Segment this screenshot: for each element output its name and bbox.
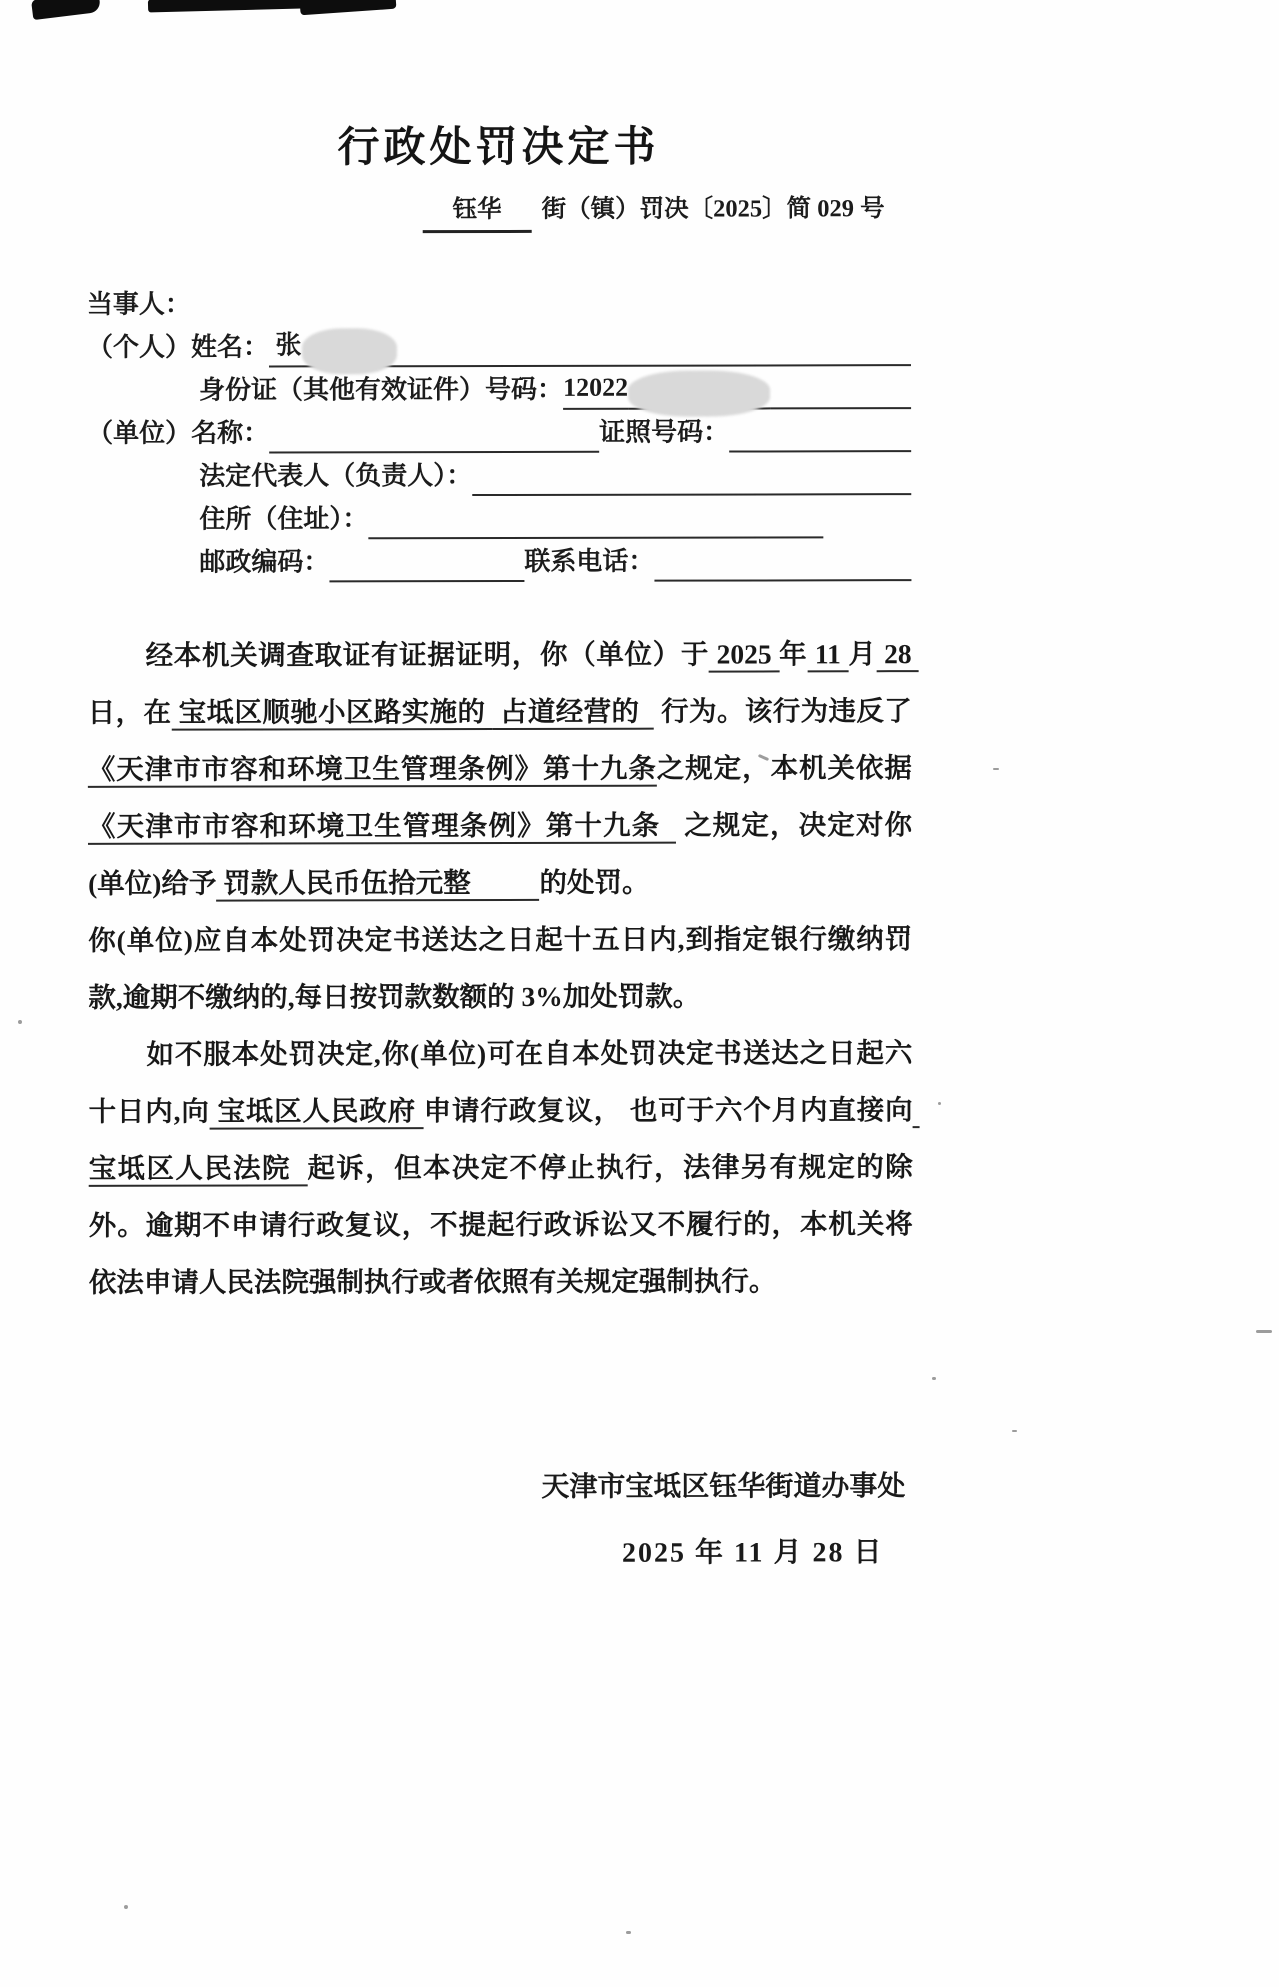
- text-run: 联系电话：: [524, 541, 654, 582]
- text-run: 之规定，本机关依据: [657, 752, 912, 784]
- text-run: （个人）姓名：: [87, 326, 269, 367]
- redaction-blur: [301, 328, 396, 367]
- text-run: 的处罚。: [539, 867, 649, 898]
- issuing-authority: 天津市宝坻区钰华街道办事处: [89, 1467, 913, 1509]
- filled-blank: 《天津市市容和环境卫生管理条例》第十九条: [88, 810, 676, 845]
- blank-field: [329, 539, 524, 582]
- document-body: 行政处罚决定书 钰华街（镇）罚决〔2025〕简 029 号 当事人：（个人）姓名…: [86, 119, 913, 1575]
- redaction-blur-blob: [628, 370, 770, 416]
- issuing-street-name: 钰华: [423, 192, 532, 233]
- filled-blank: 宝坻区人民政府: [210, 1095, 424, 1129]
- filled-blank: 《天津市市容和环境卫生管理条例》第十九条: [88, 753, 657, 788]
- blank-field: [654, 538, 911, 582]
- scan-artifact: [1012, 1430, 1017, 1432]
- scan-artifact: [626, 1931, 631, 1934]
- text-run: 行为。该行为违反了: [654, 695, 912, 727]
- individual-name-field: （个人）姓名： 张: [87, 323, 911, 368]
- document-number: 钰华街（镇）罚决〔2025〕简 029 号: [87, 191, 911, 234]
- unit-name-and-license-field: （单位）名称： 证照号码：: [87, 409, 911, 454]
- filled-blank: 宝坻区顺驰小区路实施的: [171, 696, 492, 731]
- filled-blank: 张: [269, 324, 302, 367]
- text-run: （单位）名称：: [87, 412, 269, 453]
- payment-instruction-paragraph: 你(单位)应自本处罚决定书送达之日起十五日内,到指定银行缴纳罚款,逾期不缴纳的,…: [88, 910, 912, 1026]
- party-heading: 当事人：: [87, 282, 911, 325]
- scanned-document-page: 行政处罚决定书 钰华街（镇）罚决〔2025〕简 029 号 当事人：（个人）姓名…: [0, 0, 1279, 1987]
- filled-blank: 罚款人民币伍拾元整: [216, 867, 539, 902]
- document-title: 行政处罚决定书: [86, 119, 910, 177]
- filled-blank: 12022: [563, 367, 628, 410]
- text-run: 申请行政复议， 也可于六个月内直接向: [424, 1094, 913, 1126]
- blank-field: [729, 409, 911, 452]
- party-info-block: 当事人：（个人）姓名： 张 身份证（其他有效证件）号码：12022 （单位）名称…: [87, 282, 912, 583]
- filled-blank: 2025: [709, 638, 779, 672]
- blank-field: [269, 410, 599, 454]
- scan-artifact: [18, 1020, 22, 1024]
- scan-artifact: [938, 1102, 941, 1105]
- text-run: 年: [779, 638, 807, 669]
- facts-and-penalty-paragraph: 经本机关调查取证有证据证明，你（单位）于 2025 年 11 月 28 日，在 …: [88, 625, 913, 912]
- scan-artifact: [300, 0, 397, 15]
- document-number-text: 街（镇）罚决〔2025〕简 029 号: [542, 195, 885, 223]
- text-run: 经本机关调查取证有证据证明，你（单位）于: [146, 639, 710, 671]
- filled-blank: 11: [807, 638, 848, 672]
- redaction-blur: [628, 370, 770, 409]
- blank-field: [396, 323, 911, 367]
- scan-artifact: [124, 1905, 128, 1909]
- text-run: 证照号码：: [599, 412, 729, 453]
- filled-blank: 占道经营的: [493, 696, 654, 730]
- filled-blank: 28: [877, 638, 919, 672]
- blank-field: [472, 452, 911, 496]
- text-run: 法定代表人（负责人）：: [199, 455, 472, 497]
- scan-artifact: [31, 0, 101, 20]
- text-run: 邮政编码：: [199, 541, 329, 582]
- id-number-field: 身份证（其他有效证件）号码：12022: [87, 366, 911, 411]
- text-run: 你(单位)应自本处罚决定书送达之日起十五日内,到指定银行缴纳罚款,逾期不缴纳的,…: [88, 923, 912, 1013]
- text-run: 身份证（其他有效证件）号码：: [199, 369, 563, 411]
- blank-field: [368, 495, 823, 539]
- decision-date: 2025 年 11 月 28 日: [89, 1533, 913, 1575]
- decision-text-block: 经本机关调查取证有证据证明，你（单位）于 2025 年 11 月 28 日，在 …: [88, 625, 913, 1311]
- postcode-and-phone-field: 邮政编码： 联系电话：: [87, 538, 911, 583]
- text-run: 住所（住址）：: [199, 498, 368, 539]
- scan-artifact: [932, 1377, 936, 1380]
- text-run: 月: [848, 638, 876, 669]
- scan-artifact: [1256, 1330, 1272, 1333]
- text-run: 当事人：: [87, 284, 191, 325]
- blank-field: [770, 366, 911, 409]
- scan-artifact: [993, 768, 999, 770]
- appeal-rights-paragraph: 如不服本处罚决定,你(单位)可在自本处罚决定书送达之日起六十日内,向 宝坻区人民…: [88, 1024, 913, 1311]
- address-field: 住所（住址）：: [87, 495, 911, 540]
- text-run: 日，在: [88, 697, 172, 728]
- legal-representative-field: 法定代表人（负责人）：: [87, 452, 911, 497]
- redaction-blur-blob: [301, 328, 396, 374]
